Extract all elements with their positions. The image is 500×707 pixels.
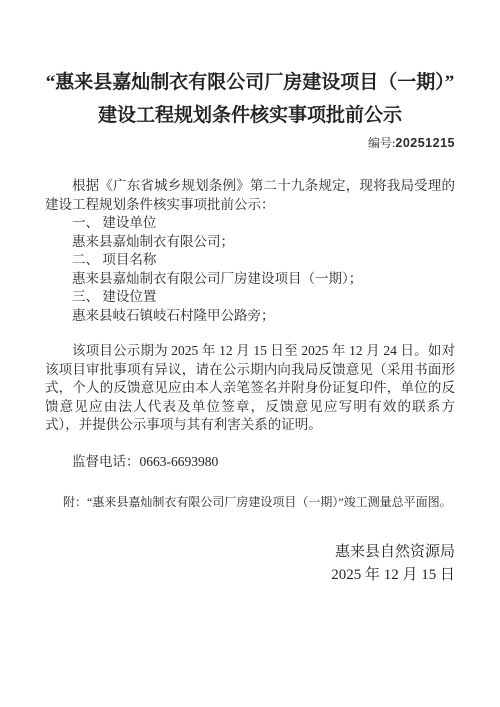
document-body: 根据《广东省城乡规划条例》第二十九条规定，现将我局受理的建设工程规划条件核实事项… [45, 177, 455, 511]
signature-block: 惠来县自然资源局 2025 年 12 月 15 日 [45, 541, 455, 586]
section-2-content: 惠来县嘉灿制衣有限公司厂房建设项目（一期）； [45, 270, 455, 289]
signature-agency: 惠来县自然资源局 [45, 541, 455, 564]
supervision-phone-line: 监督电话：0663-6693980 [45, 453, 455, 472]
section-3-heading: 三、 建设位置 [45, 288, 455, 307]
intro-paragraph: 根据《广东省城乡规划条例》第二十九条规定，现将我局受理的建设工程规划条件核实事项… [45, 177, 455, 214]
document-title-line-2: 建设工程规划条件核实事项批前公示 [45, 99, 455, 132]
section-1-heading: 一、 建设单位 [45, 214, 455, 233]
document-title-line-1: “惠来县嘉灿制衣有限公司厂房建设项目（一期）” [45, 66, 455, 99]
attachment-note-line: 附：“惠来县嘉灿制衣有限公司厂房建设项目（一期）”竣工测量总平面图。 [45, 494, 455, 511]
section-2-heading: 二、 项目名称 [45, 251, 455, 270]
document-number-line: 编号:20251215 [45, 135, 455, 151]
document-number-value: 20251215 [395, 136, 455, 150]
document-number-label: 编号: [368, 136, 395, 150]
section-1-content: 惠来县嘉灿制衣有限公司； [45, 233, 455, 252]
publicity-period-paragraph: 该项目公示期为 2025 年 12 月 15 日至 2025 年 12 月 24… [45, 342, 455, 435]
section-3-content: 惠来县岐石镇岐石村隆甲公路旁； [45, 307, 455, 326]
notice-document-page: “惠来县嘉灿制衣有限公司厂房建设项目（一期）” 建设工程规划条件核实事项批前公示… [0, 0, 500, 707]
document-title: “惠来县嘉灿制衣有限公司厂房建设项目（一期）” 建设工程规划条件核实事项批前公示 [45, 66, 455, 132]
signature-date: 2025 年 12 月 15 日 [45, 564, 455, 587]
